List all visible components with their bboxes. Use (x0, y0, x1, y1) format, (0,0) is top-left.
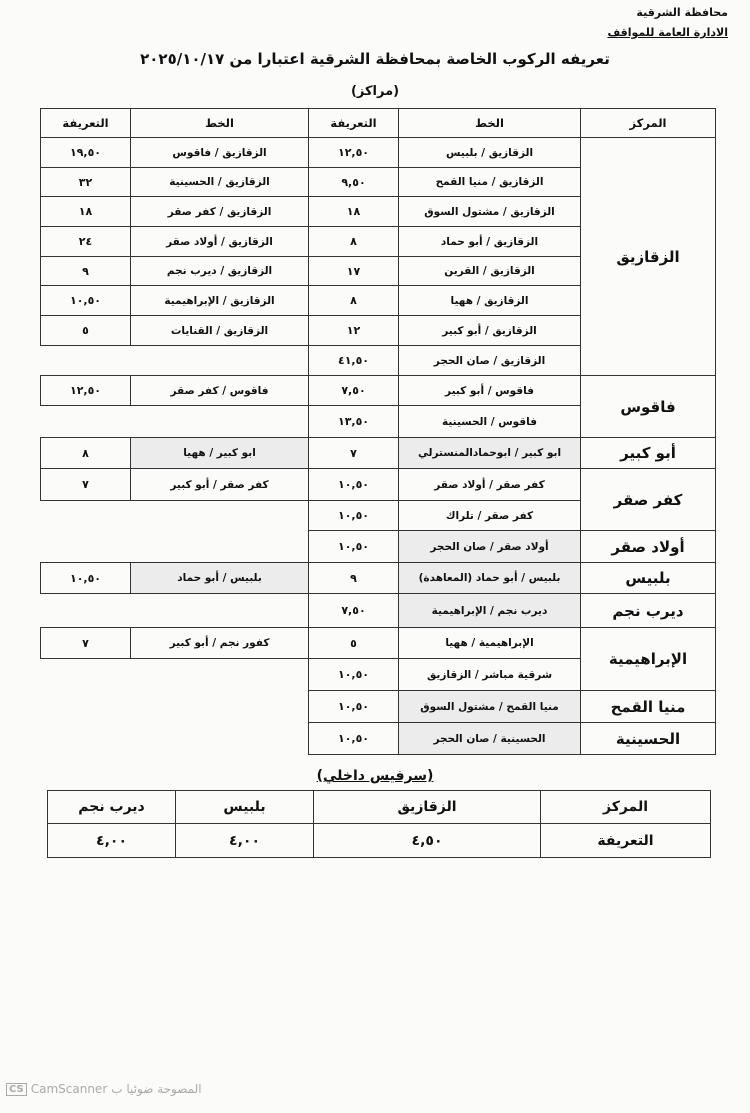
route-cell: منيا القمح / مشتول السوق (398, 690, 581, 723)
fare-cell: ١٧ (308, 256, 399, 286)
route-cell: الزقازيق / أبو حماد (398, 226, 581, 257)
center-name-cell: ديرب نجم (580, 593, 716, 628)
route-cell: الزقازيق / مشتول السوق (398, 196, 581, 227)
route-cell-2: الزقازيق / القنايات (130, 315, 309, 346)
service-center-0: الزقازيق (313, 790, 541, 824)
service-center-2: ديرب نجم (47, 790, 176, 824)
center-name-cell: فاقوس (580, 375, 716, 438)
header-route: الخط (398, 108, 581, 138)
route-cell: الزقازيق / بلبيس (398, 137, 581, 168)
center-name-cell: كفر صقر (580, 468, 716, 531)
route-cell-2: الزقازيق / الحسينية (130, 167, 309, 197)
fare-cell: ٨ (308, 285, 399, 316)
fare-cell-2: ٢٤ (40, 226, 131, 257)
center-name-cell: منيا القمح (580, 690, 716, 723)
fare-cell: ٤١,٥٠ (308, 345, 399, 376)
route-cell: فاقوس / أبو كبير (398, 375, 581, 406)
route-cell: الحسينية / صان الحجر (398, 722, 581, 755)
fare-cell: ١٢,٥٠ (308, 137, 399, 168)
route-cell-2: الزقازيق / الإبراهيمية (130, 285, 309, 316)
route-cell: فاقوس / الحسينية (398, 405, 581, 438)
fare-cell: ٧,٥٠ (308, 375, 399, 406)
scanner-watermark: CS CamScanner المصوحة ضوئيا ب (6, 1082, 202, 1096)
fare-cell: ٩,٥٠ (308, 167, 399, 197)
service-center-1: بلبيس (175, 790, 314, 824)
route-cell: الزقازيق / منيا القمح (398, 167, 581, 197)
fare-cell: ١٠,٥٠ (308, 722, 399, 755)
center-name-cell: بلبيس (580, 562, 716, 594)
fare-cell: ١٣,٥٠ (308, 405, 399, 438)
center-name-cell: أولاد صقر (580, 530, 716, 563)
fare-cell-2: ٧ (40, 468, 131, 501)
fare-cell-2: ٧ (40, 627, 131, 659)
route-cell: كفر صقر / أولاد صقر (398, 468, 581, 501)
watermark-arabic: المصوحة ضوئيا ب (111, 1082, 201, 1096)
route-cell-2: فاقوس / كفر صقر (130, 375, 309, 406)
fare-cell-2: ٣٢ (40, 167, 131, 197)
fare-cell: ١٨ (308, 196, 399, 227)
route-cell-2: الزقازيق / ديرب نجم (130, 256, 309, 286)
service-fare-2: ٤,٠٠ (47, 823, 176, 858)
route-cell: ابو كبير / ابوحمادالمنسترلي (398, 437, 581, 469)
fare-cell-2: ١٠,٥٠ (40, 562, 131, 594)
fare-cell: ١٠,٥٠ (308, 658, 399, 691)
fare-cell: ١٠,٥٠ (308, 468, 399, 501)
route-cell: الزقازيق / ههيا (398, 285, 581, 316)
route-cell: بلبيس / أبو حماد (المعاهدة) (398, 562, 581, 594)
fare-cell: ٧,٥٠ (308, 593, 399, 628)
org-department: الادارة العامة للمواقف (607, 26, 728, 39)
watermark-text: CamScanner (31, 1082, 108, 1096)
fare-cell-2: ١٠,٥٠ (40, 285, 131, 316)
camscanner-logo-icon: CS (6, 1083, 27, 1096)
service-title: (سرفيس داخلي) (0, 768, 750, 784)
org-name: محافظة الشرقية (636, 6, 728, 19)
route-cell: كفر صقر / تلراك (398, 500, 581, 531)
service-fare-0: ٤,٥٠ (313, 823, 541, 858)
route-cell: الزقازيق / صان الحجر (398, 345, 581, 376)
route-cell-2: الزقازيق / فاقوس (130, 137, 309, 168)
center-name-cell: أبو كبير (580, 437, 716, 469)
center-name-cell: الحسينية (580, 722, 716, 755)
route-cell: الزقازيق / القرين (398, 256, 581, 286)
fare-cell: ١٠,٥٠ (308, 500, 399, 531)
route-cell-2: كفور نجم / أبو كبير (130, 627, 309, 659)
header-center: المركز (580, 108, 716, 138)
fare-cell-2: ٩ (40, 256, 131, 286)
route-cell: الإبراهيمية / ههيا (398, 627, 581, 659)
route-cell: ديرب نجم / الإبراهيمية (398, 593, 581, 628)
service-fare-1: ٤,٠٠ (175, 823, 314, 858)
route-cell: الزقازيق / أبو كبير (398, 315, 581, 346)
route-cell-2: الزقازيق / أولاد صقر (130, 226, 309, 257)
fare-cell-2: ٥ (40, 315, 131, 346)
service-label-center: المركز (540, 790, 711, 824)
header-fare-2: التعريفة (40, 108, 131, 138)
fare-cell: ٨ (308, 226, 399, 257)
fare-cell-2: ١٨ (40, 196, 131, 227)
fare-cell: ٧ (308, 437, 399, 469)
page-subtitle: (مراكز) (0, 84, 750, 99)
center-name-cell: الزقازيق (580, 137, 716, 376)
fare-cell: ١٠,٥٠ (308, 690, 399, 723)
fare-cell: ١٢ (308, 315, 399, 346)
route-cell-2: كفر صقر / أبو كبير (130, 468, 309, 501)
route-cell: أولاد صقر / صان الحجر (398, 530, 581, 563)
header-route-2: الخط (130, 108, 309, 138)
fare-cell: ٥ (308, 627, 399, 659)
fare-cell-2: ٨ (40, 437, 131, 469)
fare-cell: ٩ (308, 562, 399, 594)
fare-cell-2: ١٢,٥٠ (40, 375, 131, 406)
page-title: تعريفه الركوب الخاصة بمحافظة الشرقية اعت… (0, 50, 750, 68)
service-label-fare: التعريفة (540, 823, 711, 858)
route-cell: شرقية مباشر / الزقازيق (398, 658, 581, 691)
route-cell-2: الزقازيق / كفر صقر (130, 196, 309, 227)
fare-cell-2: ١٩,٥٠ (40, 137, 131, 168)
center-name-cell: الإبراهيمية (580, 627, 716, 691)
fare-cell: ١٠,٥٠ (308, 530, 399, 563)
route-cell-2: ابو كبير / ههيا (130, 437, 309, 469)
header-fare: التعريفة (308, 108, 399, 138)
route-cell-2: بلبيس / أبو حماد (130, 562, 309, 594)
